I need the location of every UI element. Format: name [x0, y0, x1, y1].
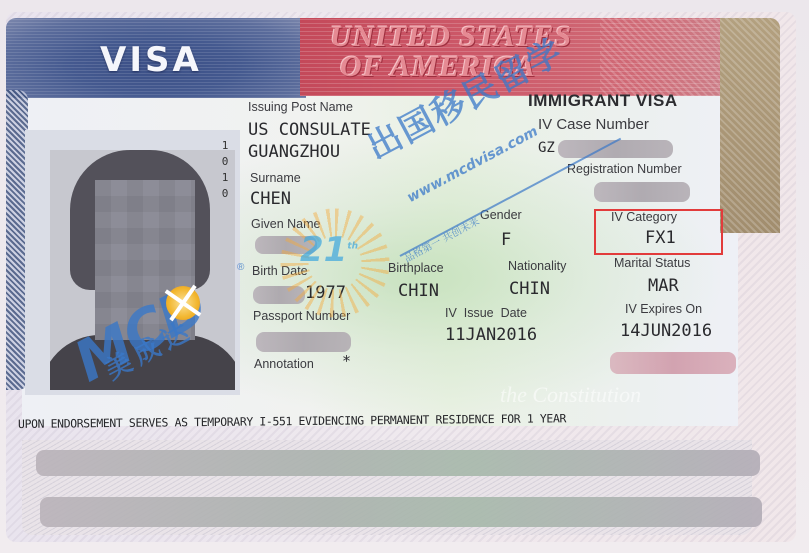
background-motto: the Constitution: [500, 382, 641, 408]
surname-value: CHEN: [250, 189, 291, 209]
expires-on-label: IV Expires On: [625, 302, 702, 316]
visa-type: IMMIGRANT VISA: [528, 91, 678, 111]
anniversary-mark: 21th: [300, 230, 358, 270]
registration-number-label: Registration Number: [567, 162, 682, 176]
passport-number-redacted: [256, 332, 351, 352]
gender-value: F: [501, 230, 511, 250]
expires-on-value: 14JUN2016: [620, 321, 712, 341]
issuing-post-line-1: US CONSULATE: [248, 120, 371, 140]
surname-label: Surname: [250, 171, 301, 185]
case-number-label: IV Case Number: [538, 116, 649, 133]
issuing-post-line-2: GUANGZHOU: [248, 142, 340, 162]
annotation-label: Annotation: [254, 357, 314, 371]
mrz-line-2-redacted: [40, 497, 762, 527]
redacted-stamp: [610, 352, 736, 374]
marital-status-label: Marital Status: [614, 256, 690, 270]
nationality-value: CHIN: [509, 279, 550, 299]
annotation-value: *: [342, 352, 351, 370]
side-number: 1010: [219, 138, 231, 202]
marital-status-value: MAR: [648, 276, 679, 296]
issue-date-label: IV Issue Date: [445, 306, 527, 320]
birthplace-value: CHIN: [398, 281, 439, 301]
registered-mark: ®: [237, 262, 244, 273]
nationality-label: Nationality: [508, 259, 566, 273]
iv-category-label: IV Category: [611, 210, 677, 224]
case-number-prefix: GZ: [538, 140, 555, 156]
visa-title: VISA: [100, 40, 202, 80]
registration-number-redacted: [594, 182, 690, 202]
birthplace-label: Birthplace: [388, 261, 444, 275]
liberty-bell-strip: [720, 18, 780, 233]
visa-page-scan: VISA UNITED STATES OF AMERICA the Consti…: [0, 0, 809, 553]
iv-category-value: FX1: [645, 228, 676, 248]
case-number-redacted: [558, 140, 673, 158]
issue-date-value: 11JAN2016: [445, 325, 537, 345]
issuing-post-label: Issuing Post Name: [248, 100, 353, 114]
mrz-line-1-redacted: [36, 450, 760, 476]
